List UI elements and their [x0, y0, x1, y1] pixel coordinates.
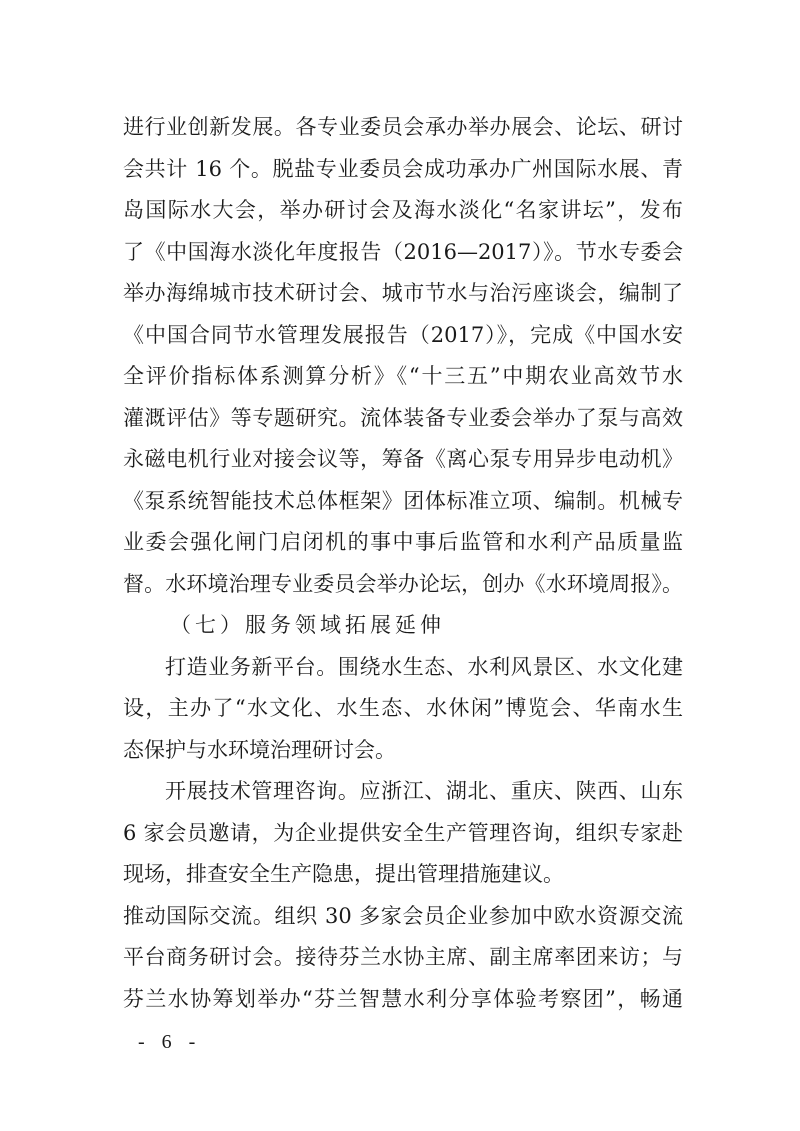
document-page: 进行业创新发展。各专业委员会承办举办展会、论坛、研讨 会共计 16 个。脱盐专业… [0, 0, 800, 1131]
body-text-line: 督。水环境治理专业委员会举办论坛，创办《水环境周报》。 [123, 564, 683, 606]
paragraph-end-line: 态保护与水环境治理研讨会。 [123, 730, 683, 772]
paragraph-end-line: 现场，排查安全生产隐患，提出管理措施建议。 [123, 854, 683, 896]
paragraph-start-line: 打造业务新平台。围绕水生态、水利风景区、水文化建 [165, 647, 683, 689]
body-text-line: 《泵系统智能技术总体框架》团体标准立项、编制。机械专 [123, 481, 683, 523]
body-text-line: 永磁电机行业对接会议等，筹备《离心泵专用异步电动机》 [123, 439, 683, 481]
body-text-line: 设，主办了“水文化、水生态、水休闲”博览会、华南水生 [123, 688, 683, 730]
body-text-line: 平台商务研讨会。接待芬兰水协主席、副主席率团来访；与 [123, 937, 683, 979]
body-text-line: 灌溉评估》等专题研究。流体装备专业委会举办了泵与高效 [123, 398, 683, 440]
body-text-line: 芬兰水协筹划举办“芬兰智慧水利分享体验考察团”，畅通 [123, 979, 683, 1021]
body-text-line: 岛国际水大会，举办研讨会及海水淡化“名家讲坛”，发布 [123, 190, 683, 232]
paragraph-start-line: 推动国际交流。组织 30 多家会员企业参加中欧水资源交流 [123, 896, 683, 938]
body-text-line: 《中国合同节水管理发展报告（2017）》，完成《中国水安 [123, 315, 683, 357]
section-heading: （七）服务领域拓展延伸 [170, 605, 445, 647]
body-text-line: 全评价指标体系测算分析》《“十三五”中期农业高效节水 [123, 356, 683, 398]
body-text-line: 进行业创新发展。各专业委员会承办举办展会、论坛、研讨 [123, 107, 683, 149]
body-text-line: 了《中国海水淡化年度报告（2016—2017）》。节水专委会 [123, 232, 683, 274]
paragraph-start-line: 开展技术管理咨询。应浙江、湖北、重庆、陕西、山东 [165, 771, 683, 813]
body-text-line: 6 家会员邀请，为企业提供安全生产管理咨询，组织专家赴 [123, 813, 683, 855]
page-number: - 6 - [138, 1028, 201, 1056]
body-text-line: 业委会强化闸门启闭机的事中事后监管和水利产品质量监 [123, 522, 683, 564]
body-text-line: 会共计 16 个。脱盐专业委员会成功承办广州国际水展、青 [123, 149, 683, 191]
body-text-line: 举办海绵城市技术研讨会、城市节水与治污座谈会，编制了 [123, 273, 683, 315]
